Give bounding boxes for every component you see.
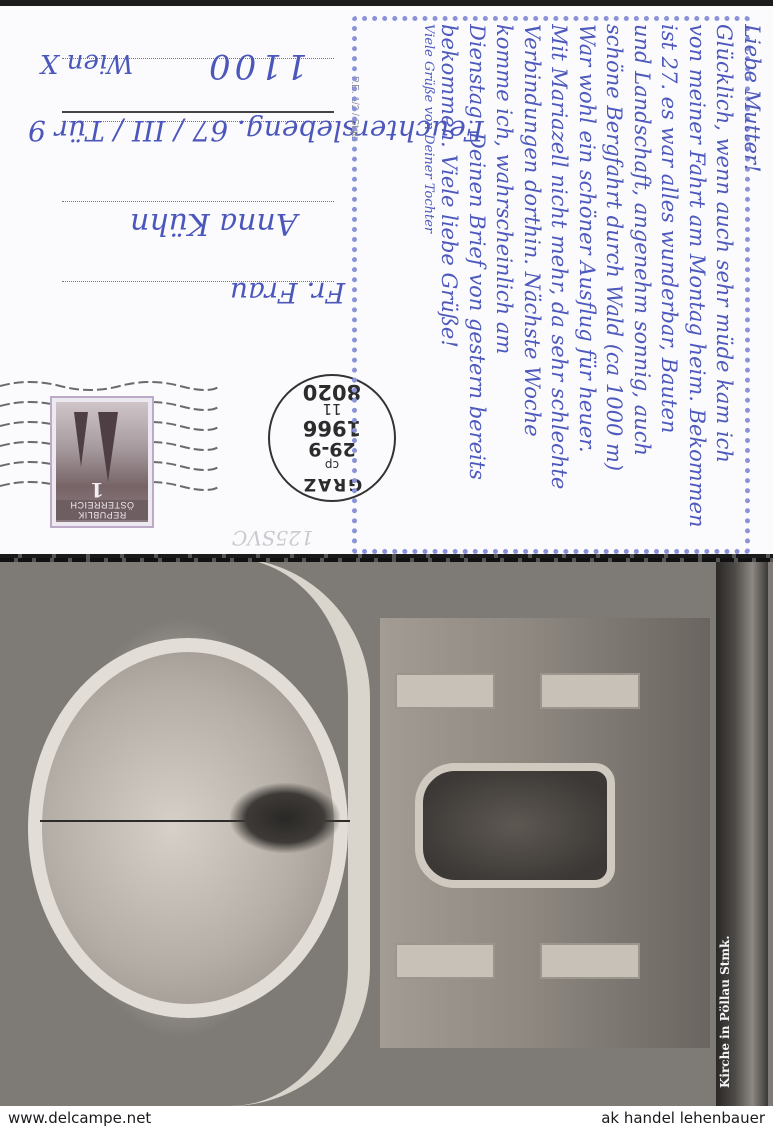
- pencil-note: 125SVC: [232, 526, 314, 550]
- photo-caption: Kirche in Pöllau Stmk.: [718, 888, 742, 1088]
- message-line: ist 27. es war alles wunderbar, Bauten: [655, 24, 683, 549]
- message-line: und Landschaft, angenehm sonnig, auch: [628, 24, 656, 549]
- address-city: Wien X: [40, 48, 134, 78]
- message-line: War wohl ein schöner Ausflug für heuer.: [573, 24, 601, 549]
- wall-panel: [395, 943, 495, 979]
- wall-panel: [395, 673, 495, 709]
- altar-painting: [415, 763, 615, 888]
- message-line: bekommen. Viele liebe Grüße!: [435, 24, 463, 549]
- message-line: komme ich, wahrscheinlich am: [490, 24, 518, 549]
- message-line: Glücklich, wenn auch sehr müde kam ich: [710, 24, 738, 549]
- address-salutation: Fr. Frau: [230, 276, 345, 309]
- message-line: Liebe Mutter!: [738, 24, 766, 549]
- message-lines: Liebe Mutter!Glücklich, wenn auch sehr m…: [360, 24, 765, 549]
- message-margin-note: Viele Grüße von Deiner Tochter: [421, 24, 435, 549]
- church-spire-icon: [74, 412, 88, 467]
- chandelier-icon: [230, 783, 340, 853]
- message-line: Dienstag. Deinen Brief von gestern berei…: [463, 24, 491, 549]
- watermark-seller: ak handel lehenbauer: [601, 1109, 765, 1127]
- address-divider: [62, 111, 334, 113]
- message-line: Mit Mariazell nicht mehr, da sehr schlec…: [545, 24, 573, 549]
- deckled-edge: [0, 558, 773, 562]
- stamp-image: REPUBLIK ÖSTERREICH 1: [56, 402, 148, 522]
- church-spire-icon: [98, 412, 118, 482]
- postcard-front-photo: Kirche in Pöllau Stmk.: [0, 558, 773, 1106]
- message-line: Verbindungen dorthin. Nächste Woche: [518, 24, 546, 549]
- stamp-country: REPUBLIK ÖSTERREICH: [56, 500, 148, 520]
- postage-stamp: REPUBLIK ÖSTERREICH 1: [50, 396, 154, 528]
- address-line: [62, 201, 334, 202]
- address-name: Anna Kühn: [130, 206, 297, 241]
- message-line: schöne Bergfahrt durch Wald (ca 1000 m): [600, 24, 628, 549]
- address-postal-code: 1100: [205, 46, 308, 86]
- postcard-back: Wien X 1100 Feuchtersleben­g. 67 / III /…: [0, 0, 773, 556]
- watermark-footer: www.delcampe.net ak handel lehenbauer: [0, 1106, 773, 1131]
- watermark-site: www.delcampe.net: [8, 1109, 151, 1127]
- wall-panel: [540, 673, 640, 709]
- handwritten-message: Liebe Mutter!Glücklich, wenn auch sehr m…: [360, 24, 765, 549]
- wall-panel: [540, 943, 640, 979]
- message-line: von meiner Fahrt am Montag heim. Bekomme…: [683, 24, 711, 549]
